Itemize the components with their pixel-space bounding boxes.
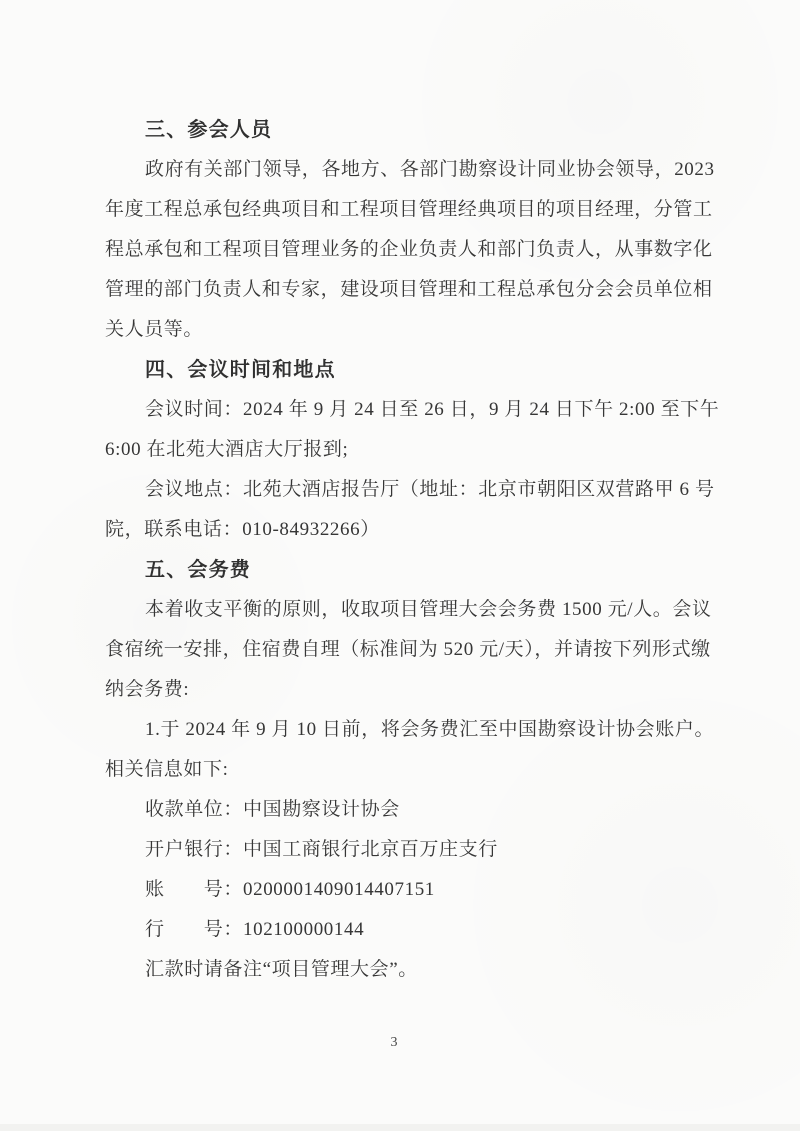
heading-time-location: 四、会议时间和地点 [105, 350, 697, 390]
remittance-note-line: 汇款时请备注“项目管理大会”。 [105, 950, 697, 990]
para-fee-line-2: 食宿统一安排，住宿费自理（标准间为 520 元/天），并请按下列形式缴 [105, 630, 697, 670]
para-remit-line-1: 1.于 2024 年 9 月 10 日前，将会务费汇至中国勘察设计协会账户。 [105, 710, 697, 750]
para-fee-line-1: 本着收支平衡的原则，收取项目管理大会会务费 1500 元/人。会议 [105, 590, 697, 630]
para-participants-line-1: 政府有关部门领导，各地方、各部门勘察设计同业协会领导，2023 [105, 150, 697, 190]
payee-name-line: 收款单位：中国勘察设计协会 [105, 790, 697, 830]
para-remit-line-2: 相关信息如下: [105, 750, 697, 790]
document-body: 三、参会人员 政府有关部门领导，各地方、各部门勘察设计同业协会领导，2023 年… [105, 110, 697, 990]
para-meeting-time-line-2: 6:00 在北苑大酒店大厅报到; [105, 430, 697, 470]
heading-conference-fee: 五、会务费 [105, 550, 697, 590]
document-page: 三、参会人员 政府有关部门领导，各地方、各部门勘察设计同业协会领导，2023 年… [0, 0, 800, 1131]
para-meeting-time-line-1: 会议时间：2024 年 9 月 24 日至 26 日，9 月 24 日下午 2:… [105, 390, 697, 430]
para-participants-line-3: 程总承包和工程项目管理业务的企业负责人和部门负责人，从事数字化 [105, 230, 697, 270]
para-participants-line-4: 管理的部门负责人和专家，建设项目管理和工程总承包分会会员单位相 [105, 270, 697, 310]
page-number: 3 [0, 1033, 788, 1053]
bank-code-line: 行 号：102100000144 [105, 910, 697, 950]
scan-edge-artifact [0, 1124, 800, 1131]
para-meeting-place-line-1: 会议地点：北苑大酒店报告厅（地址：北京市朝阳区双营路甲 6 号 [105, 470, 697, 510]
para-meeting-place-line-2: 院，联系电话：010-84932266） [105, 510, 697, 550]
bank-name-line: 开户银行：中国工商银行北京百万庄支行 [105, 830, 697, 870]
para-fee-line-3: 纳会务费: [105, 670, 697, 710]
para-participants-line-5: 关人员等。 [105, 310, 697, 350]
para-participants-line-2: 年度工程总承包经典项目和工程项目管理经典项目的项目经理，分管工 [105, 190, 697, 230]
account-number-line: 账 号：0200001409014407151 [105, 870, 697, 910]
heading-participants: 三、参会人员 [105, 110, 697, 150]
